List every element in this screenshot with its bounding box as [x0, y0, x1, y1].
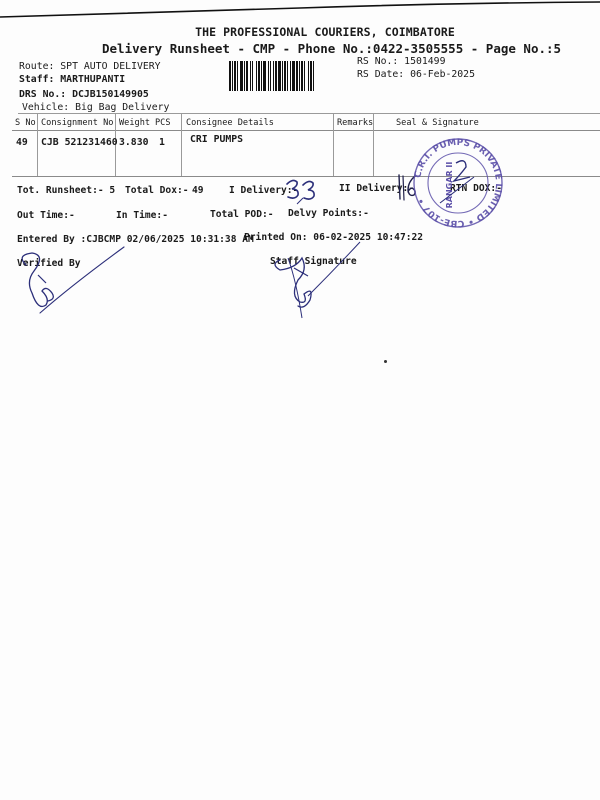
rs-date: RS Date: 06-Feb-2025	[357, 69, 475, 80]
verified-by-signature	[12, 245, 132, 317]
tot-runsheet: Tot. Runsheet:- 5	[17, 185, 115, 196]
staff-signature-label: Staff Signature	[270, 256, 357, 267]
total-dox-label: Total Dox:-	[125, 185, 189, 196]
company-title: THE PROFESSIONAL COURIERS, COIMBATORE	[0, 25, 600, 39]
entered-by: Entered By :CJBCMP 02/06/2025 10:31:38 A…	[17, 234, 254, 245]
drs-number: DRS No.: DCJB150149905	[19, 89, 149, 100]
col-header-sno: S No	[15, 118, 36, 128]
col-header-remarks: Remarks	[337, 118, 373, 128]
barcode	[229, 61, 352, 91]
col-header-consignee: Consignee Details	[186, 118, 274, 128]
col-header-pcs: PCS	[155, 118, 171, 128]
total-dox-value: 49	[192, 185, 204, 196]
cell-consignee: CRI PUMPS	[190, 134, 243, 145]
col-divider	[181, 114, 182, 176]
col-divider	[333, 114, 334, 176]
table-bottom-border	[12, 176, 600, 177]
printed-on: Printed On: 06-02-2025 10:47:22	[244, 232, 423, 243]
table-header-divider	[12, 130, 600, 131]
ii-delivery-label: II Delivery:-	[339, 183, 414, 194]
total-pod-label: Total POD:-	[210, 209, 274, 220]
page-edge-line	[0, 0, 600, 20]
col-divider	[37, 114, 38, 176]
cell-weight: 3.830	[119, 137, 149, 148]
runsheet-page: THE PROFESSIONAL COURIERS, COIMBATORE De…	[0, 0, 600, 800]
runsheet-subtitle: Delivery Runsheet - CMP - Phone No.:0422…	[102, 41, 561, 56]
rtn-dox-label: RTN DOX:-	[450, 183, 502, 194]
col-header-seal: Seal & Signature	[396, 118, 479, 128]
scan-speck	[384, 360, 387, 363]
out-time-label: Out Time:-	[17, 210, 75, 221]
cell-consignment-no: CJB 521231460	[41, 137, 118, 148]
in-time-label: In Time:-	[116, 210, 168, 221]
rs-number: RS No.: 1501499	[357, 56, 445, 67]
route-label: Route: SPT AUTO DELIVERY	[19, 61, 161, 72]
i-delivery-label: I Delivery:-	[229, 185, 298, 196]
table-top-border	[18, 113, 600, 114]
delvy-points-label: Delvy Points:-	[288, 208, 369, 219]
staff-label: Staff: MARTHUPANTI	[19, 74, 125, 85]
cell-pcs: 1	[159, 137, 165, 148]
cell-sno: 49	[16, 137, 28, 148]
staff-signature	[268, 240, 378, 320]
col-header-consignment: Consignment No	[41, 118, 113, 128]
col-header-weight: Weight	[119, 118, 150, 128]
vehicle-label: Vehicle: Big Bag Delivery	[22, 102, 169, 113]
verified-by-label: Verified By	[17, 258, 81, 269]
